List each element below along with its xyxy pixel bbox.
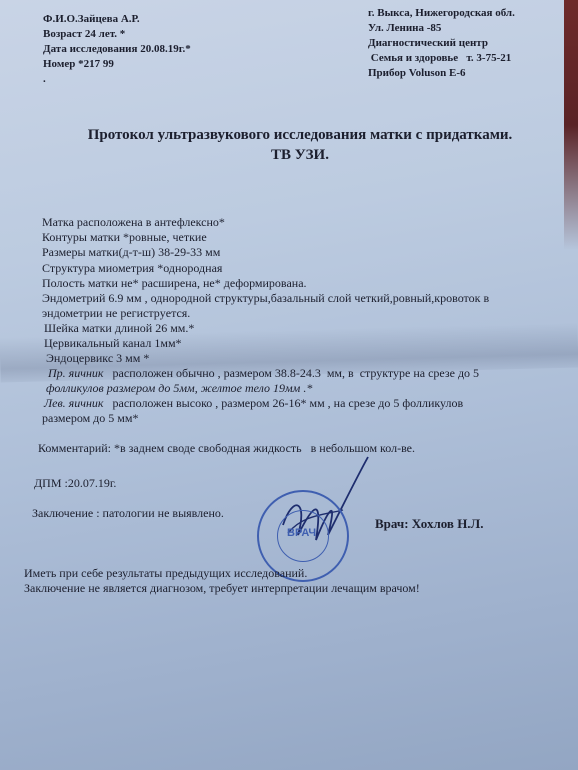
finding-endometrium: Эндометрий 6.9 мм , однородной структуры… [42, 291, 489, 306]
finding-myometrium: Структура миометрия *однородная [42, 261, 222, 276]
title-line-1: Протокол ультразвукового исследования ма… [20, 125, 578, 145]
finding-contours: Контуры матки *ровные, четкие [42, 230, 207, 245]
finding-cervical-canal: Цервикальный канал 1мм* [44, 336, 182, 351]
left-ovary-cont: размером до 5 мм* [42, 411, 138, 426]
left-ovary-text: расположен высоко , размером 26-16* мм ,… [104, 396, 464, 410]
clinic-info-block: г. Выкса, Нижегородская обл. Ул. Ленина … [368, 6, 515, 81]
right-ovary-label: Пр. яичник [48, 366, 104, 380]
title-line-2: ТВ УЗИ. [20, 145, 578, 165]
footer-notes: Иметь при себе результаты предыдущих исс… [24, 566, 420, 596]
footer-line-1: Иметь при себе результаты предыдущих исс… [24, 566, 420, 581]
patient-age: Возраст 24 лет. * [43, 27, 191, 42]
clinic-city: г. Выкса, Нижегородская обл. [368, 6, 515, 21]
finding-cavity: Полость матки не* расширена, не* деформи… [42, 276, 307, 291]
right-ovary-cont-text: размером до 5мм, желтое тело 19мм .* [104, 381, 313, 395]
right-ovary-follicles-label: фолликулов [46, 381, 104, 395]
doctor-name: Врач: Хохлов Н.Л. [375, 516, 484, 532]
right-ovary: Пр. яичник расположен обычно , размером … [48, 366, 479, 381]
ultrasound-report-page: Ф.И.О.Зайцева А.Р. Возраст 24 лет. * Дат… [0, 0, 578, 770]
clinic-type: Диагностический центр [368, 36, 515, 51]
patient-name: Ф.И.О.Зайцева А.Р. [43, 12, 191, 27]
stray-dot: . [43, 72, 191, 87]
device-model: Прибор Voluson E-6 [368, 66, 515, 81]
conclusion: Заключение : патологии не выявлено. [32, 506, 224, 521]
finding-uterus-position: Матка расположена в антефлексно* [42, 215, 225, 230]
comment: Комментарий: *в заднем своде свободная ж… [38, 441, 415, 456]
right-ovary-cont: фолликулов размером до 5мм, желтое тело … [46, 381, 312, 396]
finding-endometrium-cont: эндометрии не регистрyется. [42, 306, 190, 321]
left-ovary-label: Лев. яичник [44, 396, 104, 410]
finding-endocervix: Эндоцервикс 3 мм * [46, 351, 149, 366]
last-menstrual-period: ДПМ :20.07.19г. [34, 476, 116, 491]
exam-date: Дата исследования 20.08.19г.* [43, 42, 191, 57]
record-number: Номер *217 99 [43, 57, 191, 72]
footer-line-2: Заключение не является диагнозом, требуе… [24, 581, 420, 596]
finding-uterus-size: Размеры матки(д-т-ш) 38-29-33 мм [42, 245, 220, 260]
patient-info-block: Ф.И.О.Зайцева А.Р. Возраст 24 лет. * Дат… [43, 12, 191, 87]
document-title: Протокол ультразвукового исследования ма… [20, 125, 578, 165]
stamp-center-text: ВРАЧ [287, 527, 316, 539]
clinic-street: Ул. Ленина -85 [368, 21, 515, 36]
clinic-name-phone: Семья и здоровье т. 3-75-21 [368, 51, 515, 66]
left-ovary: Лев. яичник расположен высоко , размером… [44, 396, 463, 411]
right-ovary-text: расположен обычно , размером 38.8-24.3 м… [104, 366, 480, 380]
finding-cervix-length: Шейка матки длиной 26 мм.* [44, 321, 194, 336]
